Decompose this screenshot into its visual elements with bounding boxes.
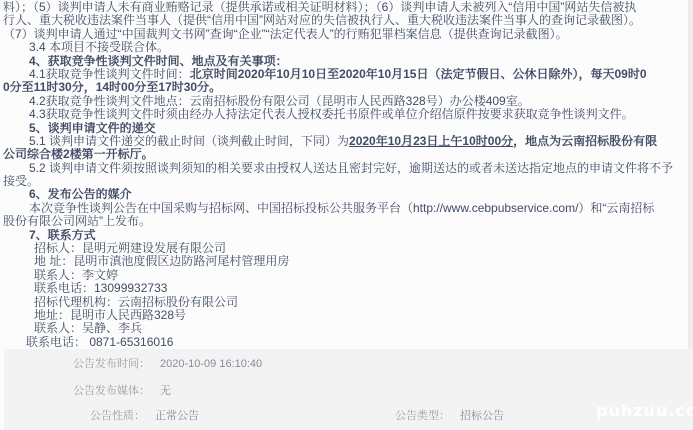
text-run: 5.1 谈判申请文件递交的截止时间（谈判截止时间，下同）为: [29, 135, 349, 148]
publish-time-label: 公告发布时间：: [73, 358, 150, 370]
text-run: 联系电话： 0871-65316016: [26, 336, 173, 349]
doc-line: 联系人：李文婷: [0, 269, 688, 282]
doc-line: 5.2 谈判申请文件须按照谈判须知的相关要求由授权人送达且密封完好，逾期送达的或…: [0, 162, 688, 175]
doc-line: 联系电话：13099932733: [0, 282, 688, 295]
nature-label: 公告性质：: [90, 410, 145, 422]
text-run: 北京时间2020年10月10日至2020年10月15日（法定节假日、公休日除外）…: [190, 68, 647, 81]
text-run: 行人、重大税收违法案件当事人（提供“信用中国”网站对应的失信被执行人、重大税收违…: [3, 14, 641, 27]
type-label: 公告类型：: [395, 410, 450, 422]
doc-line: 招标代理机构：云南招标股份有限公司: [0, 296, 688, 309]
doc-line: 4.1获取竞争性谈判文件时间：北京时间2020年10月10日至2020年10月1…: [0, 68, 688, 81]
doc-line: 联系电话： 0871-65316016: [0, 336, 688, 349]
text-run: 股份有限公司网站”上发布。: [3, 215, 151, 228]
doc-line: 招标人：昆明元朔建设发展有限公司: [0, 242, 688, 255]
publish-time-row: 公告发布时间：2020-10-09 16:10:40: [73, 355, 262, 371]
doc-line: 4.3获取竞争性谈判文件时须由经办人持法定代表人授权委托书原件或单位介绍信原件按…: [0, 108, 688, 121]
text-run: 地 址：昆明市滇池度假区边防路河尾村管理用房: [34, 255, 289, 268]
publish-time-value: 2020-10-09 16:10:40: [160, 358, 262, 370]
text-run: 4.1获取竞争性谈判文件时间：: [29, 68, 190, 81]
text-run: 招标人：昆明元朔建设发展有限公司: [34, 242, 226, 255]
text-run: 5、谈判申请文件的递交: [29, 122, 156, 135]
doc-line: 6、发布公告的媒介: [0, 188, 688, 201]
text-run: 联系人：吴静、李兵: [34, 322, 142, 335]
text-run: 联系电话：13099932733: [34, 282, 167, 295]
text-run: 0分至11时30分，14时00分至17时30分。: [3, 81, 221, 94]
doc-line: 联系人：吴静、李兵: [0, 322, 688, 335]
text-run: 7、联系方式: [29, 229, 96, 242]
text-run: 6、发布公告的媒介: [29, 188, 132, 201]
doc-line: 3.4 本项目不接受联合体。: [0, 41, 688, 54]
publish-media-label: 公告发布媒体：: [73, 385, 150, 397]
doc-line: 接受。: [0, 175, 688, 188]
text-run: 公司综合楼2楼第一开标厅。: [3, 148, 154, 161]
text-run: 3.4 本项目不接受联合体。: [29, 41, 169, 54]
announcement-type: 公告类型：招标公告: [395, 407, 504, 423]
doc-line: 公司综合楼2楼第一开标厅。: [0, 148, 688, 161]
doc-line: 本次竞争性谈判公告在中国采购与招标网、中国招标投标公共服务平台（http://w…: [0, 202, 688, 215]
text-run: 本次竞争性谈判公告在中国采购与招标网、中国招标投标公共服务平台（http://w…: [29, 202, 654, 215]
doc-line: 4.2获取竞争性谈判文件地点：云南招标股份有限公司（昆明市人民西路328号）办公…: [0, 95, 688, 108]
nature-value: 正常公告: [155, 410, 199, 422]
document-body: 料）；（5）谈判申请人未有商业贿赂记录（提供承诺或相关证明材料）；（6）谈判申请…: [0, 1, 688, 349]
doc-line: 0分至11时30分，14时00分至17时30分。: [0, 81, 688, 94]
announcement-meta-panel: 公告发布时间：2020-10-09 16:10:40 公告发布媒体：无 公告性质…: [4, 349, 693, 430]
doc-line: 地 址：昆明市滇池度假区边防路河尾村管理用房: [0, 255, 688, 268]
doc-line: 5、谈判申请文件的递交: [0, 122, 688, 135]
doc-line: 股份有限公司网站”上发布。: [0, 215, 688, 228]
announcement-page: 料）；（5）谈判申请人未有商业贿赂记录（提供承诺或相关证明材料）；（6）谈判申请…: [0, 0, 693, 430]
doc-line: 7、联系方式: [0, 229, 688, 242]
text-run: 接受。: [3, 175, 39, 188]
announcement-nature: 公告性质：正常公告: [90, 410, 199, 422]
text-run: 地址：昆明市人民西路328号: [34, 309, 186, 322]
text-run: 2020年10月23日上午10时00分: [349, 135, 513, 148]
doc-line: 4、获取竞争性谈判文件时间、地点及有关事项：: [0, 55, 688, 68]
text-run: 4、获取竞争性谈判文件时间、地点及有关事项：: [29, 55, 288, 68]
text-run: 4.2获取竞争性谈判文件地点：云南招标股份有限公司（昆明市人民西路328号）办公…: [29, 95, 530, 108]
doc-line: 地址：昆明市人民西路328号: [0, 309, 688, 322]
text-run: 联系人：李文婷: [34, 269, 118, 282]
doc-line: 行人、重大税收违法案件当事人（提供“信用中国”网站对应的失信被执行人、重大税收违…: [0, 14, 688, 27]
text-run: ，地点为云南招标股份有限: [513, 135, 657, 148]
doc-line: （7）谈判申请人通过“中国裁判文书网”查询“企业”“法定代表人”的行贿犯罪档案信…: [0, 28, 688, 41]
watermark: puhzuu.com: [596, 401, 693, 420]
text-run: （7）谈判申请人通过“中国裁判文书网”查询“企业”“法定代表人”的行贿犯罪档案信…: [3, 28, 568, 41]
publish-media-value: 无: [160, 385, 171, 397]
doc-line: 料）；（5）谈判申请人未有商业贿赂记录（提供承诺或相关证明材料）；（6）谈判申请…: [0, 1, 688, 14]
text-run: 5.2 谈判申请文件须按照谈判须知的相关要求由授权人送达且密封完好，逾期送达的或…: [29, 162, 673, 175]
text-run: 招标代理机构：云南招标股份有限公司: [34, 296, 238, 309]
type-value: 招标公告: [460, 410, 504, 422]
doc-line: 5.1 谈判申请文件递交的截止时间（谈判截止时间，下同）为2020年10月23日…: [0, 135, 688, 148]
text-run: 4.3获取竞争性谈判文件时须由经办人持法定代表人授权委托书原件或单位介绍信原件按…: [29, 108, 634, 121]
right-edge-strip: [688, 0, 693, 349]
text-run: 料）；（5）谈判申请人未有商业贿赂记录（提供承诺或相关证明材料）；（6）谈判申请…: [3, 1, 636, 14]
publish-media-row: 公告发布媒体：无: [73, 382, 171, 398]
